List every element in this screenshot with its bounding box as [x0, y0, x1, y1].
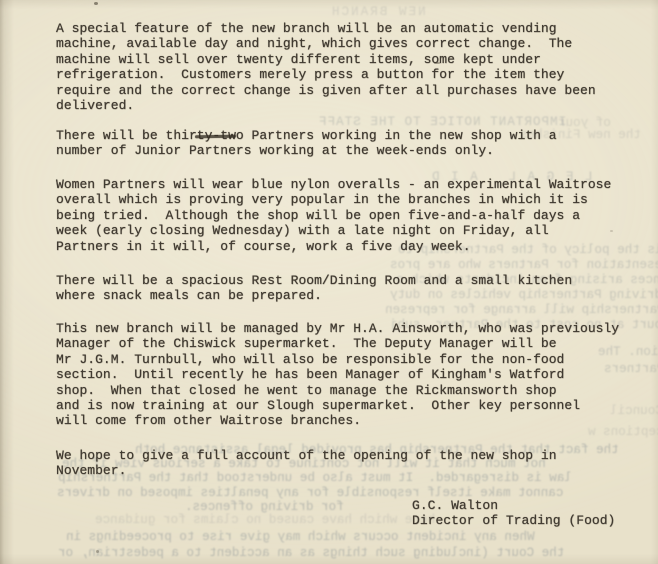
paragraph-closing: We hope to give a full account of the op…: [56, 448, 557, 479]
text-line: machine, available day and night, which …: [56, 36, 596, 51]
text-line: Mr J.G.M. Turnbull, who will also be res…: [56, 352, 619, 367]
text-line: This new branch will be managed by Mr H.…: [56, 321, 619, 336]
text-line: will come from other Waitrose branches.: [56, 413, 619, 428]
paper-speckle: [96, 550, 99, 553]
paragraph-vending-machine: A special feature of the new branch will…: [56, 21, 596, 113]
text-line: number of Junior Partners working at the…: [56, 143, 557, 158]
scanned-letter-page: NEW BRANCH IMPORTANT NOTICE TO THE STAFF…: [0, 0, 658, 564]
signature-name: G.C. Walton: [412, 498, 615, 513]
paper-speckle: [434, 62, 440, 64]
bleed-through-text: Partnership will arrange for represen: [385, 303, 658, 318]
paper-speckle: [610, 230, 613, 232]
text-line: delivered.: [56, 98, 596, 113]
bleed-through-text: NEW BRANCH: [330, 5, 426, 20]
text-line: section. Until recently he has been Mana…: [56, 367, 619, 382]
paragraph-overalls-hours: Women Partners will wear blue nylon over…: [56, 177, 611, 254]
text-line: week (early closing Wednesday) with a la…: [56, 223, 611, 238]
paragraph-partners: There will be thirty-two Partners workin…: [56, 128, 557, 159]
paragraph-management: This new branch will be managed by Mr H.…: [56, 321, 619, 429]
text-line: A special feature of the new branch will…: [56, 21, 596, 36]
text-line: Women Partners will wear blue nylon over…: [56, 177, 611, 192]
text-line: There will be a spacious Rest Room/Dinin…: [56, 273, 572, 288]
paper-speckle: [94, 2, 98, 5]
text-line: shop. When that closed he went to manage…: [56, 383, 619, 398]
text-line: require and the correct change is given …: [56, 83, 596, 98]
text-line: November.: [56, 463, 557, 478]
bleed-through-text: here which have caused no claims for gui…: [95, 513, 435, 528]
signature-block: G.C. Walton Director of Trading (Food): [412, 498, 615, 529]
bleed-through-text: When any incident occurs which may give …: [66, 530, 535, 545]
bleed-through-text: the Court (including such things as an a…: [58, 546, 564, 561]
text-line: Manager of the Chiswick supermarket. The…: [56, 336, 619, 351]
text-line: being tried. Although the shop will be o…: [56, 208, 611, 223]
paragraph-rest-room: There will be a spacious Rest Room/Dinin…: [56, 273, 572, 304]
text-line: overall which is proving very popular in…: [56, 192, 611, 207]
overtype-strike-mark: [195, 135, 236, 138]
signature-title: Director of Trading (Food): [412, 513, 615, 528]
text-line: There will be thirty-two Partners workin…: [56, 128, 557, 143]
bleed-through-text: representation for Partners who are pros: [390, 258, 658, 273]
text-line: Partners in it will, of course, work a f…: [56, 239, 611, 254]
text-line: and is now training at our Slough superm…: [56, 398, 619, 413]
text-line: where snack meals can be prepared.: [56, 288, 572, 303]
text-line: We hope to give a full account of the op…: [56, 448, 557, 463]
text-line: machine will sell over twenty different …: [56, 52, 596, 67]
text-line: refrigeration. Customers merely press a …: [56, 67, 596, 82]
